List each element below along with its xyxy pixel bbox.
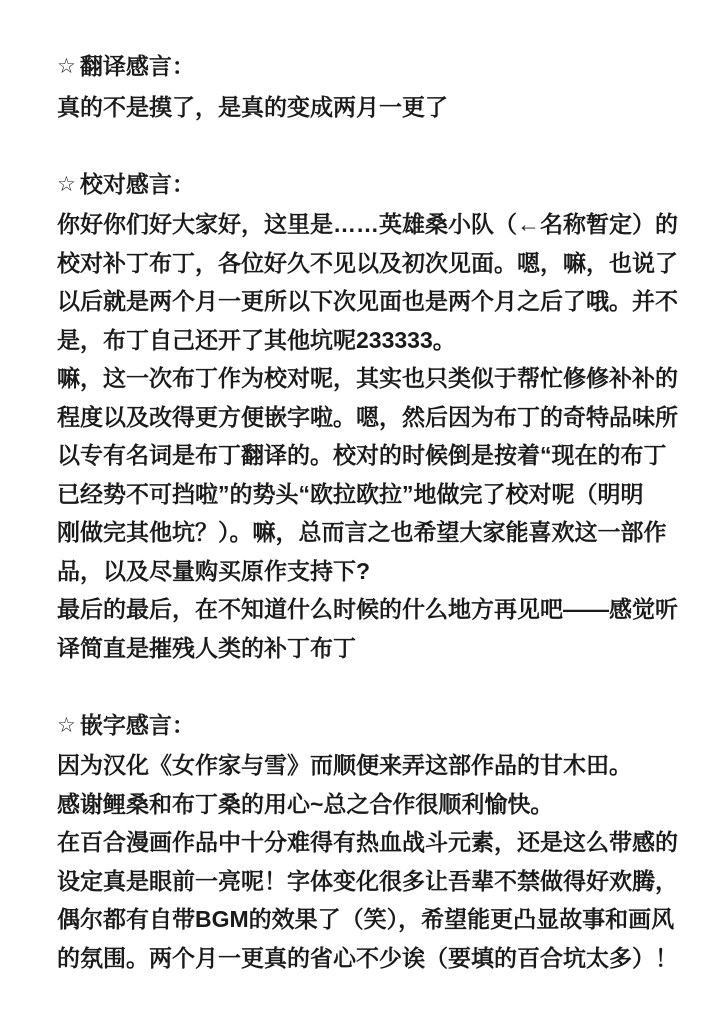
section-proofreader-notes: ☆校对感言： 你好你们好大家好，这里是……英雄桑小队（←名称暂定）的 校对补丁布… (57, 165, 678, 668)
star-icon: ☆ (57, 48, 76, 87)
section-typesetter-notes: ☆嵌字感言： 因为汉化《女作家与雪》而顺便来弄这部作品的甘木田。 感谢鲤桑和布丁… (57, 706, 678, 978)
typesetter-notes-heading: ☆嵌字感言： (57, 706, 678, 747)
translator-notes-heading-text: 翻译感言： (80, 53, 195, 79)
star-icon: ☆ (57, 166, 76, 205)
translator-notes-body: 真的不是摸了，是真的变成两月一更了 (57, 88, 678, 127)
proofreader-notes-heading-text: 校对感言： (80, 171, 195, 197)
section-translator-notes: ☆翻译感言： 真的不是摸了，是真的变成两月一更了 (57, 47, 678, 126)
star-icon: ☆ (57, 707, 76, 746)
typesetter-notes-heading-text: 嵌字感言： (80, 712, 195, 738)
typesetter-notes-body: 因为汉化《女作家与雪》而顺便来弄这部作品的甘木田。 感谢鲤桑和布丁桑的用心~总之… (57, 746, 678, 977)
proofreader-notes-body: 你好你们好大家好，这里是……英雄桑小队（←名称暂定）的 校对补丁布丁，各位好久不… (57, 205, 678, 667)
credits-page: ☆翻译感言： 真的不是摸了，是真的变成两月一更了 ☆校对感言： 你好你们好大家好… (0, 0, 722, 1024)
translator-notes-heading: ☆翻译感言： (57, 47, 678, 88)
proofreader-notes-heading: ☆校对感言： (57, 165, 678, 206)
